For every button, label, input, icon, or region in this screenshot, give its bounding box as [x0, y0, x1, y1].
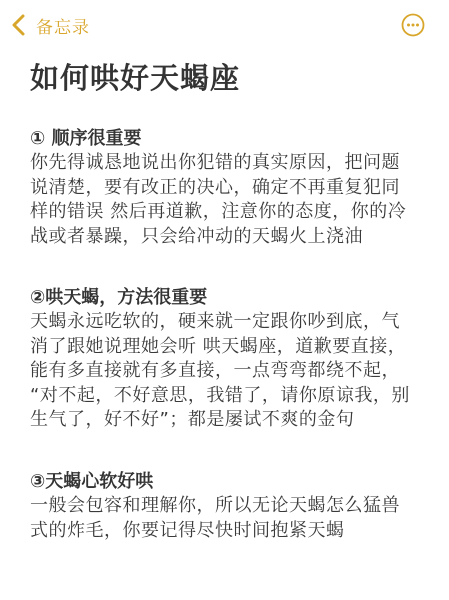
- section-text-line: 战或者暴躁，只会给冲动的天蝎火上浇油: [30, 225, 430, 250]
- section-text-line: “对不起，不好意思，我错了，请你原谅我，别: [30, 384, 430, 409]
- section-text-line: 能有多直接就有多直接，一点弯弯都绕不起，: [30, 359, 430, 384]
- section-heading: ① 顺序很重要: [30, 127, 430, 151]
- section-text-line: 你先得诚恳地说出你犯错的真实原因，把问题: [30, 151, 430, 176]
- section-heading: ②哄天蝎，方法很重要: [30, 286, 430, 310]
- chevron-left-icon: [10, 14, 28, 36]
- section-text-line: 消了跟她说理她会听 哄天蝎座，道歉要直接，: [30, 335, 430, 360]
- note-section: ②哄天蝎，方法很重要 天蝎永远吃软的，硬来就一定跟你吵到底，气 消了跟她说理她会…: [30, 286, 430, 433]
- back-button[interactable]: 备忘录: [10, 12, 90, 38]
- navigation-bar: 备忘录: [0, 0, 449, 50]
- section-text-line: 天蝎永远吃软的，硬来就一定跟你吵到底，气: [30, 310, 430, 335]
- note-title: 如何哄好天蝎座: [30, 59, 240, 97]
- section-text-line: 一般会包容和理解你，所以无论天蝎怎么猛兽: [30, 494, 430, 519]
- more-circle-icon[interactable]: [401, 13, 425, 37]
- section-heading: ③天蝎心软好哄: [30, 470, 430, 494]
- section-text-line: 生气了，好不好”；都是屡试不爽的金句: [30, 408, 430, 433]
- note-section: ① 顺序很重要 你先得诚恳地说出你犯错的真实原因，把问题 说清楚，要有改正的决心…: [30, 127, 430, 249]
- section-text-line: 说清楚，要有改正的决心，确定不再重复犯同: [30, 176, 430, 201]
- back-label: 备忘录: [36, 13, 90, 38]
- note-section: ③天蝎心软好哄 一般会包容和理解你，所以无论天蝎怎么猛兽 式的炸毛，你要记得尽快…: [30, 470, 430, 543]
- section-text-line: 式的炸毛，你要记得尽快时间抱紧天蝎: [30, 519, 430, 544]
- section-text-line: 样的错误 然后再道歉，注意你的态度，你的冷: [30, 200, 430, 225]
